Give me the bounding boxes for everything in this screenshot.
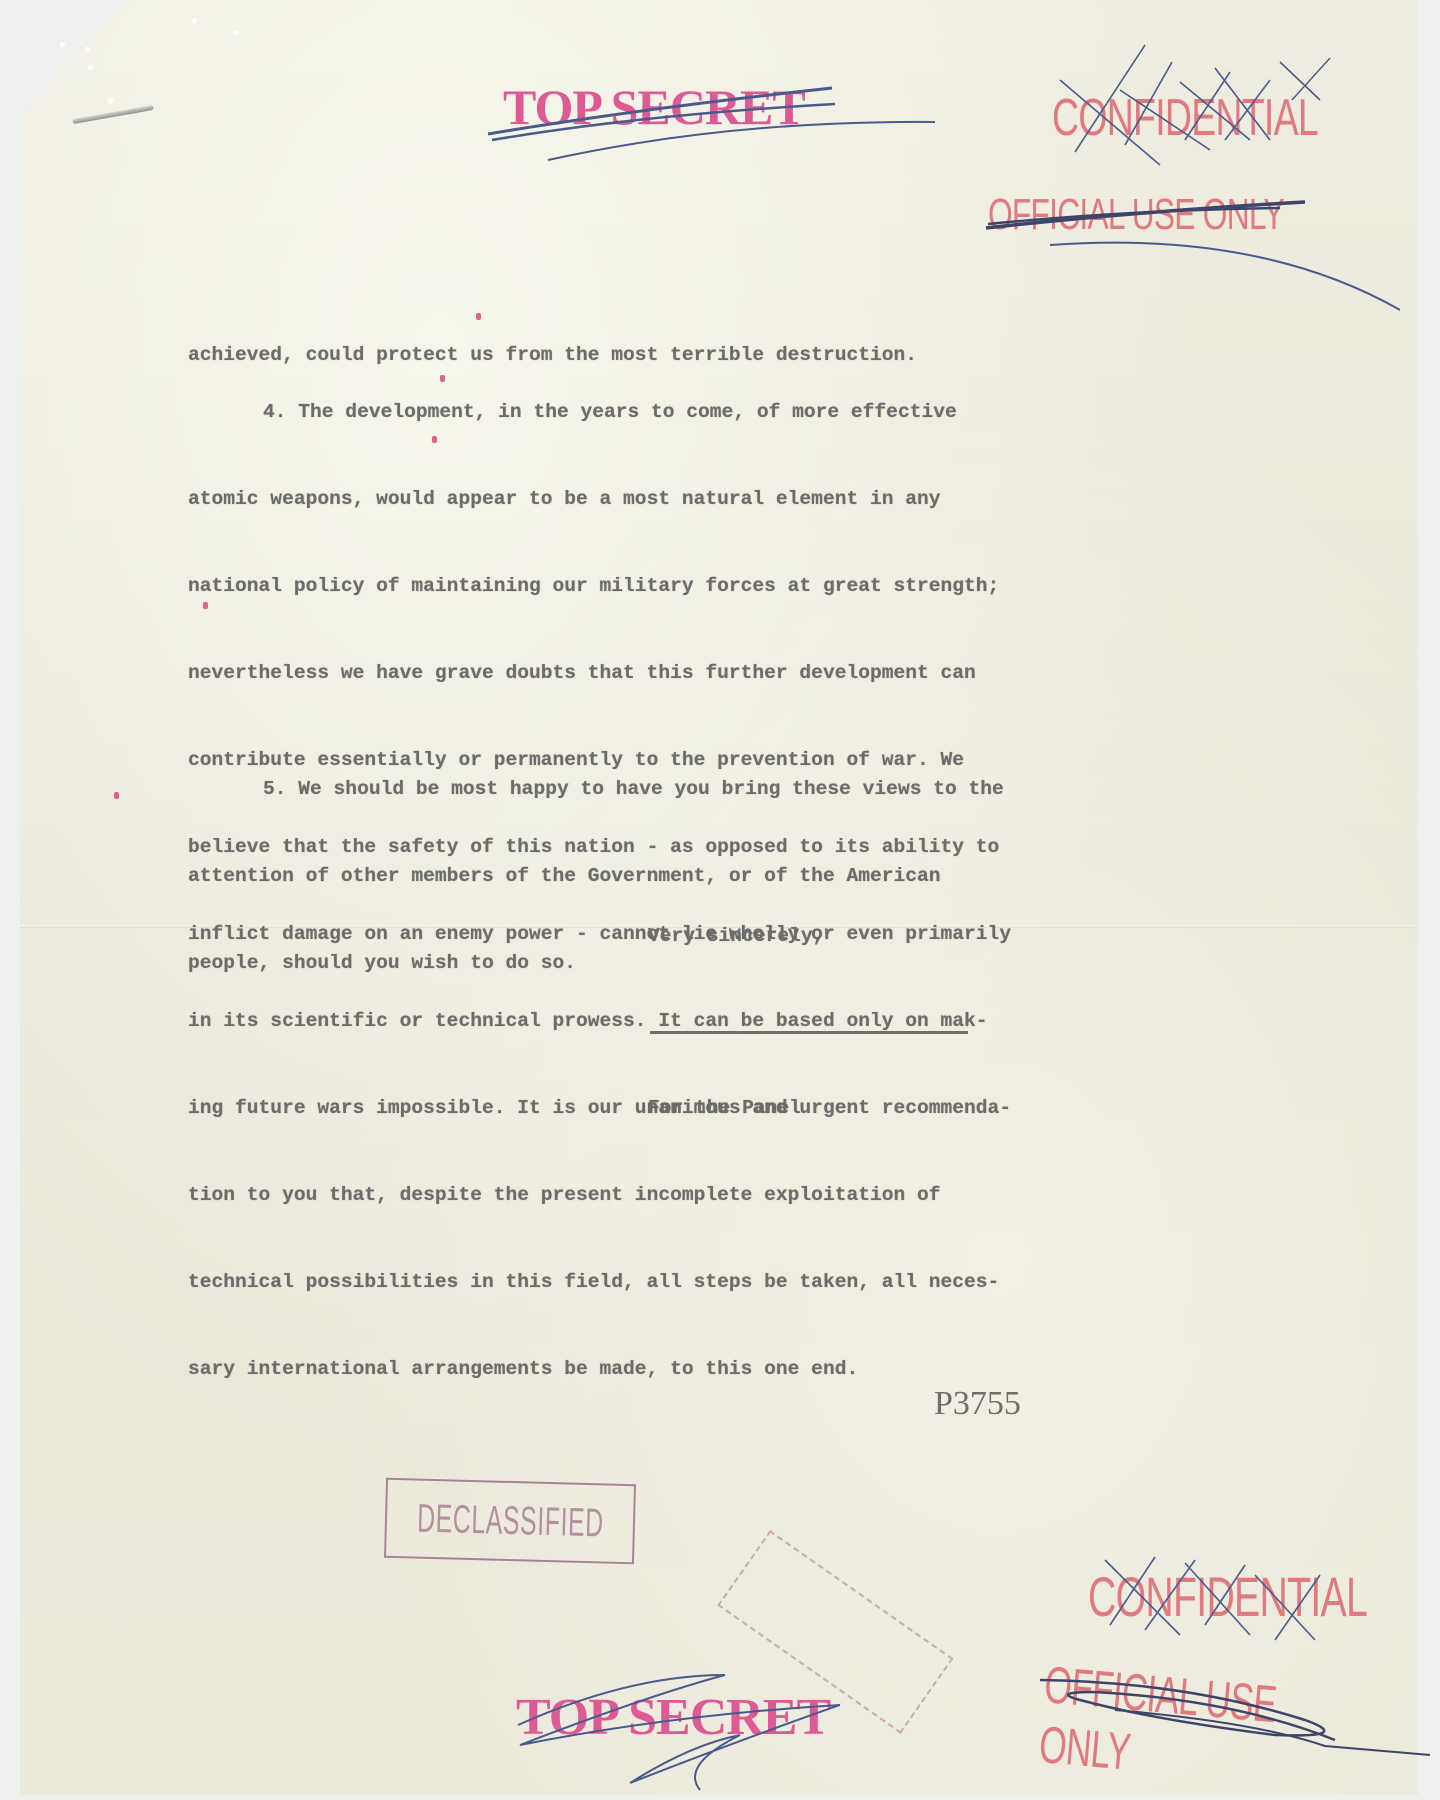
paper-damage-fleck [85,47,90,52]
top-secret-stamp-top: TOP SECRET [503,78,805,136]
text-line: technical possibilities in this field, a… [188,1268,1011,1297]
declassified-stamp: DECLASSIFIED [384,1478,636,1565]
text-line: tion to you that, despite the present in… [188,1181,1011,1210]
red-ink-mark [114,792,119,799]
text-line: nevertheless we have grave doubts that t… [188,659,1011,688]
confidential-stamp-top: CONFIDENTIAL [1052,88,1318,148]
text-line: atomic weapons, would appear to be a mos… [188,485,1011,514]
closing-salutation: Very sincerely, [648,864,824,1009]
top-secret-stamp-bottom: TOP SECRET [516,1688,830,1747]
signatory: For the Panel [648,1036,801,1181]
paper-damage-fleck [234,30,239,35]
document-reference-number: P3755 [934,1385,1021,1423]
paper-damage-fleck [192,18,197,23]
salutation-text: Very sincerely, [648,922,824,951]
text-line: ing future wars impossible. It is our un… [188,1094,1011,1123]
paper-damage-fleck [88,65,93,70]
text-line: 5. We should be most happy to have you b… [188,775,1004,804]
official-use-only-stamp-bottom: OFFICIAL USE ONLY [1037,1655,1317,1798]
paragraph-5: 5. We should be most happy to have you b… [188,717,1004,1036]
text-line: people, should you wish to do so. [188,949,1004,978]
document-page: TOP SECRET CONFIDENTIAL OFFICIAL USE ONL… [0,0,1440,1800]
text-line: 4. The development, in the years to come… [188,398,1011,427]
paper-damage-fleck [60,42,65,47]
text-line: sary international arrangements be made,… [188,1355,1011,1384]
official-use-only-stamp-top: OFFICIAL USE ONLY [988,190,1284,240]
text-line: national policy of maintaining our milit… [188,572,1011,601]
signature-line [650,1031,968,1034]
paper-damage-fleck [108,98,113,103]
confidential-stamp-bottom: CONFIDENTIAL [1088,1564,1367,1629]
declassified-stamp-text: DECLASSIFIED [416,1496,604,1546]
signatory-text: For the Panel [648,1094,801,1123]
text-line: attention of other members of the Govern… [188,862,1004,891]
